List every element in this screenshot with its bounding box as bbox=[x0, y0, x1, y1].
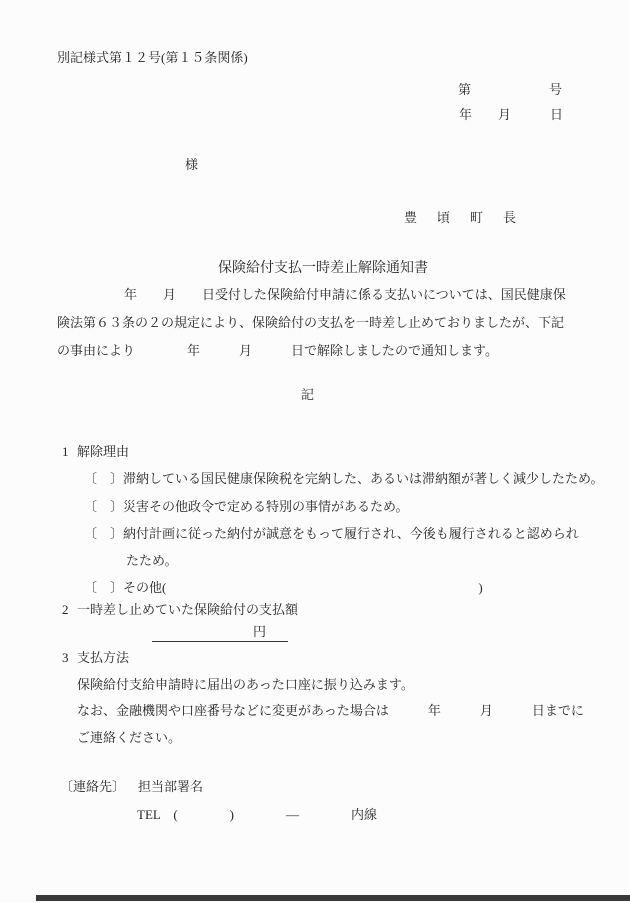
checkbox-brackets: 〔 〕 bbox=[84, 580, 123, 595]
section-3-line-2: なお、金融機関や口座番号などに変更があった場合は 年 月 日までに bbox=[77, 701, 584, 721]
checkbox-brackets: 〔 〕 bbox=[84, 499, 123, 514]
section-3-line-3: ご連絡ください。 bbox=[77, 728, 181, 748]
checkbox-item-3: 〔 〕納付計画に従った納付が誠意をもって履行され、今後も履行されると認められ bbox=[84, 524, 579, 544]
section-1-heading: 解除理由 bbox=[77, 442, 129, 462]
doc-number-line: 第 号 bbox=[458, 80, 562, 100]
body-line-1: 年 月 日受付した保険給付申請に係る支払いについては、国民健康保 bbox=[124, 285, 566, 305]
contact-department: 担当部署名 bbox=[138, 777, 203, 797]
checkbox-item-1: 〔 〕滞納している国民健康保険税を完納した、あるいは滞納額が著しく減少したため。 bbox=[84, 469, 604, 489]
amount-unit: 円 bbox=[253, 624, 266, 639]
section-1-number: 1 bbox=[62, 442, 69, 462]
body-line-2: 険法第６３条の２の規定により、保険給付の支払を一時差し止めておりましたが、下記 bbox=[57, 313, 564, 333]
document-title: 保険給付支払一時差止解除通知書 bbox=[218, 259, 428, 279]
checkbox-brackets: 〔 〕 bbox=[84, 526, 123, 541]
page-bottom-edge bbox=[36, 895, 630, 901]
contact-tel-line: TEL ( ) ― 内線 bbox=[137, 805, 377, 825]
section-3-heading: 支払方法 bbox=[77, 648, 129, 668]
checkbox-item-3-continuation: たため。 bbox=[126, 551, 177, 571]
addressee-suffix: 様 bbox=[185, 155, 198, 175]
ki-marker: 記 bbox=[301, 385, 314, 405]
checkbox-item-4: 〔 〕その他( ) bbox=[84, 578, 483, 598]
section-3-line-1: 保険給付支給申請時に届出のあった口座に振り込みます。 bbox=[77, 675, 414, 695]
checkbox-item-text: 納付計画に従った納付が誠意をもって履行され、今後も履行されると認められ bbox=[123, 526, 579, 541]
date-line: 年 月 日 bbox=[459, 105, 563, 125]
form-number: 別記様式第１２号(第１５条関係) bbox=[57, 48, 248, 68]
checkbox-item-text: 災害その他政令で定める特別の事情があるため。 bbox=[123, 499, 408, 514]
body-line-3: の事由により 年 月 日で解除しましたので通知します。 bbox=[57, 341, 498, 361]
section-3-number: 3 bbox=[62, 648, 69, 668]
checkbox-item-text: 滞納している国民健康保険税を完納した、あるいは滞納額が著しく減少したため。 bbox=[123, 471, 603, 486]
checkbox-brackets: 〔 〕 bbox=[84, 471, 123, 486]
amount-blank-field: 円 bbox=[152, 622, 288, 642]
section-2-number: 2 bbox=[62, 600, 69, 620]
checkbox-item-text: その他( ) bbox=[123, 580, 483, 595]
contact-label: 〔連絡先〕 bbox=[60, 777, 125, 797]
sender-name: 豊 頃 町 長 bbox=[404, 208, 520, 228]
checkbox-item-2: 〔 〕災害その他政令で定める特別の事情があるため。 bbox=[84, 497, 409, 517]
document-page: 別記様式第１２号(第１５条関係) 第 号 年 月 日 様 豊 頃 町 長 保険給… bbox=[0, 0, 630, 903]
section-2-heading: 一時差し止めていた保険給付の支払額 bbox=[77, 600, 298, 620]
